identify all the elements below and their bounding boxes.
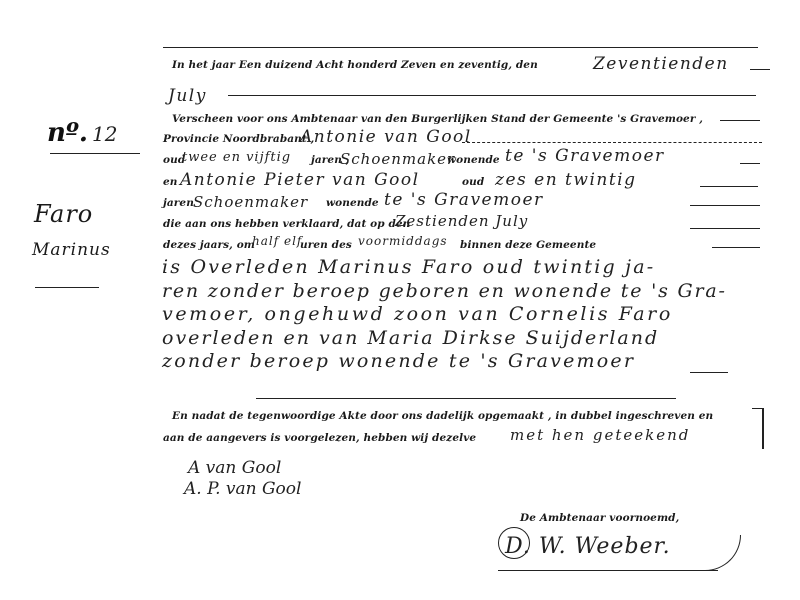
day-written: Zeventienden — [593, 54, 729, 74]
signed-with-them-text: met hen geteekend — [510, 426, 690, 444]
declarant-1-age: twee en vijftig — [182, 150, 291, 165]
closing-text-line-2: aan de aangevers is voorgelezen, hebben … — [163, 432, 476, 444]
top-rule — [163, 47, 758, 48]
record-number-underline — [50, 153, 140, 154]
declarant-2-residence: te 's Gravemoer — [384, 190, 544, 210]
fill-rule — [228, 95, 756, 96]
closing-text-line-1: En nadat de tegenwoordige Akte door ons … — [172, 410, 713, 422]
province-text: Provincie Noordbrabant , — [163, 133, 314, 145]
declarant-2-signature: A. P. van Gool — [184, 479, 301, 499]
month-written: July — [168, 86, 207, 106]
and-label: en — [163, 176, 178, 188]
declarant-2-name: Antonie Pieter van Gool — [180, 170, 420, 190]
appearance-text: Verscheen voor ons Ambtenaar van den Bur… — [172, 113, 703, 125]
day-part: voormiddags — [358, 234, 448, 248]
age-label: oud — [462, 176, 484, 188]
time-label: dezes jaars, om — [163, 239, 255, 251]
fill-rule — [740, 163, 760, 164]
declarant-1-signature: A van Gool — [188, 458, 281, 478]
margin-bottom-rule — [35, 287, 99, 288]
death-date-written: Zestienden July — [395, 212, 528, 230]
fill-rule — [690, 228, 760, 229]
within-municipality-text: binnen deze Gemeente — [460, 239, 596, 251]
deceased-details-line: ren zonder beroep geboren en wonende te … — [162, 280, 727, 302]
deceased-details-line: zonder beroep wonende te 's Gravemoer — [162, 350, 635, 372]
intro-year-text: In het jaar Een duizend Acht honderd Zev… — [172, 59, 538, 71]
declared-text: die aan ons hebben verklaard, dat op den — [163, 218, 410, 230]
section-divider — [256, 398, 676, 399]
record-number-prefix: nº. — [47, 118, 88, 148]
deceased-given-name: Marinus — [32, 240, 111, 260]
official-label: De Ambtenaar voornoemd, — [520, 512, 679, 524]
deceased-details-line: vemoer, ongehuwd zoon van Cornelis Faro — [162, 303, 673, 325]
fill-rule — [700, 186, 758, 187]
fill-rule — [720, 120, 760, 121]
fill-rule — [712, 247, 760, 248]
deceased-details-line: is Overleden Marinus Faro oud twintig ja… — [162, 256, 655, 278]
fill-rule — [750, 69, 770, 70]
fill-rule — [690, 205, 760, 206]
signature-flourish — [498, 527, 530, 559]
deceased-details-line: overleden en van Maria Dirkse Suijderlan… — [162, 327, 659, 349]
residing-label: wonende — [447, 154, 500, 166]
declarant-1-occupation: Schoenmaker — [340, 150, 455, 168]
deceased-surname: Faro — [34, 200, 93, 228]
fill-rule — [690, 372, 728, 373]
closing-bracket — [752, 408, 764, 449]
declarant-1-residence: te 's Gravemoer — [505, 146, 665, 166]
residing-label: wonende — [326, 197, 379, 209]
signature-tail — [640, 535, 741, 571]
civil-death-record-page: nº. 12 Faro Marinus In het jaar Een duiz… — [0, 0, 800, 600]
fill-rule — [462, 142, 762, 143]
record-number-value: 12 — [92, 122, 117, 146]
years-label: jaren — [163, 197, 194, 209]
declarant-2-occupation: Schoenmaker — [193, 193, 308, 211]
record-number: nº. 12 — [47, 118, 117, 148]
declarant-1-name: Antonie van Gool — [300, 127, 472, 147]
death-hour: half elf — [252, 234, 302, 248]
declarant-2-age: zes en twintig — [495, 170, 636, 190]
hours-label: uren des — [300, 239, 352, 251]
